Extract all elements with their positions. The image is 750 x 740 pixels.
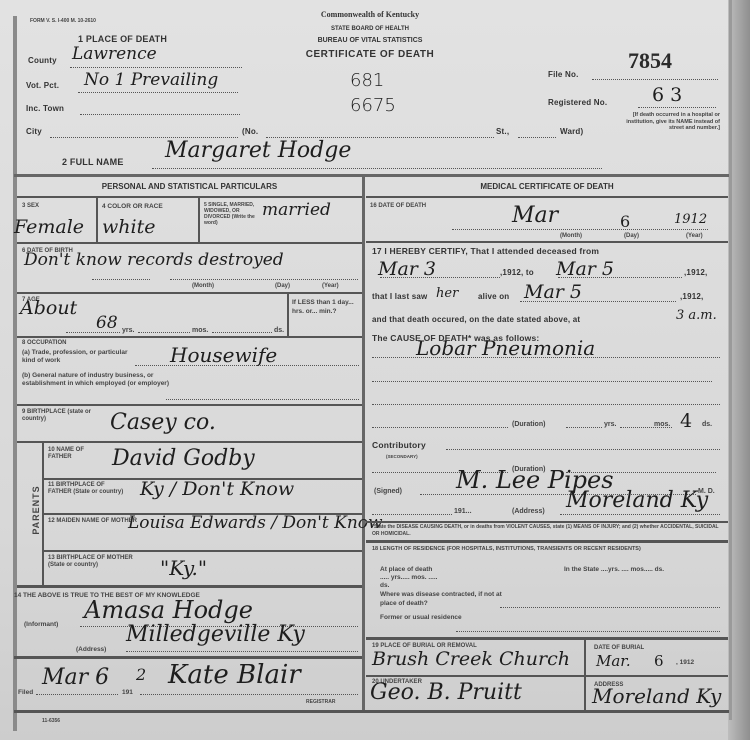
footer-code: 11-6356 xyxy=(42,718,60,725)
county-line xyxy=(70,67,242,68)
father-name-value: David Godby xyxy=(112,446,255,471)
in-state-label: In the State ....yrs. .... mos..... ds. xyxy=(564,566,724,574)
death-month-value: Mar xyxy=(512,203,558,228)
death-month-label: (Month) xyxy=(560,233,582,240)
county-label: County xyxy=(28,56,57,65)
at-place-of-death-label: At place of death ..... yrs..... mos. ..… xyxy=(380,566,440,590)
registered-no-value: 6 3 xyxy=(652,84,682,106)
birthplace-value: Casey co. xyxy=(110,410,216,435)
residence-divider xyxy=(366,637,728,640)
cause-line-3 xyxy=(372,404,720,405)
duration-months-label: mos. xyxy=(654,421,670,428)
duration-years-line xyxy=(566,427,602,428)
street-label: St., xyxy=(496,127,509,136)
signed-address-line xyxy=(560,514,720,515)
medical-divider xyxy=(366,540,728,543)
dob-year-label: (Year) xyxy=(322,283,339,290)
occupation-a-value: Housewife xyxy=(170,343,277,367)
secondary-label: (SECONDARY) xyxy=(386,453,418,460)
burial-year-value: , 1912 xyxy=(676,659,694,666)
mother-name-label: 12 MAIDEN NAME OF MOTHER xyxy=(48,518,138,525)
signed-year-label: 191... xyxy=(454,508,472,515)
contributory-label: Contributory xyxy=(372,440,426,450)
informant-address-value: Milledgeville Ky xyxy=(126,622,305,647)
dob-month-label: (Month) xyxy=(192,283,214,290)
mother-birthplace-value: "Ky." xyxy=(160,556,207,580)
dob-day-year-line xyxy=(170,279,358,280)
death-year-label: (Year) xyxy=(686,233,703,240)
occupation-label: 8 OCCUPATION xyxy=(22,340,66,347)
rule xyxy=(17,441,362,443)
informant-value: Amasa Hodge xyxy=(84,596,253,624)
rule xyxy=(42,442,44,587)
place-of-burial-value: Brush Creek Church xyxy=(372,648,570,670)
disease-contracted-line xyxy=(500,607,720,608)
parents-divider xyxy=(17,585,362,588)
physician-address-value: Moreland Ky xyxy=(566,488,708,513)
duration-days-label: ds. xyxy=(702,421,712,428)
occupation-a-label: (a) Trade, profession, or particular kin… xyxy=(22,349,137,365)
inc-town-line xyxy=(80,114,240,115)
left-border xyxy=(13,16,17,731)
footer-rule xyxy=(14,710,729,713)
ward-line xyxy=(518,137,556,138)
father-birthplace-label: 11 BIRTHPLACE OF FATHER (State or countr… xyxy=(48,482,128,496)
rule xyxy=(366,196,728,198)
disease-contracted-label: Where was disease contracted, if not at … xyxy=(380,590,510,608)
registrar-signature: Kate Blair xyxy=(168,660,301,690)
informant-label: (Informant) xyxy=(24,621,58,628)
contributory-line xyxy=(446,449,720,450)
registrar-line xyxy=(140,694,358,695)
vot-pct-value: No 1 Prevailing xyxy=(84,70,218,90)
inc-town-label: Inc. Town xyxy=(26,104,64,113)
dob-month-line xyxy=(92,279,150,280)
filed-year-prefix: 191 xyxy=(122,689,133,696)
vot-pct-line xyxy=(78,92,238,93)
informant-divider xyxy=(14,656,362,659)
last-saw-date-value: Mar 5 xyxy=(524,281,582,303)
filed-date-value: Mar 6 xyxy=(42,665,109,690)
vot-pct-label: Vot. Pct. xyxy=(26,81,59,90)
header-divider xyxy=(14,174,729,177)
death-day-value: 6 xyxy=(620,212,630,231)
rule xyxy=(366,521,728,523)
right-border xyxy=(729,0,732,720)
cause-footnote: *State the DISEASE CAUSING DEATH, or in … xyxy=(372,524,726,538)
duration-days-value: 4 xyxy=(680,410,692,432)
rule xyxy=(17,242,362,244)
bureau-name: BUREAU OF VITAL STATISTICS xyxy=(270,37,470,44)
occupation-b-label: (b) General nature of industry business,… xyxy=(22,372,172,388)
registrar-label: REGISTRAR xyxy=(306,699,335,706)
attended-to-year: ,1912, xyxy=(684,268,707,277)
ward-label: Ward) xyxy=(560,127,583,136)
alive-on-label: alive on xyxy=(478,292,509,301)
death-time-value: 3 a.m. xyxy=(676,308,717,323)
full-name-line xyxy=(152,168,602,169)
sex-label: 3 SEX xyxy=(22,203,39,210)
death-year-value: 1912 xyxy=(674,212,707,227)
filed-label: Filed xyxy=(18,689,33,696)
informant-address-label: (Address) xyxy=(76,646,106,653)
rule xyxy=(366,675,728,677)
former-residence-line xyxy=(456,631,720,632)
death-occurred-label: and that death occured, on the date stat… xyxy=(372,315,580,324)
rule xyxy=(96,197,98,242)
father-birthplace-value: Ky / Don't Know xyxy=(140,478,294,500)
last-saw-year: ,1912, xyxy=(680,292,703,301)
burial-month-value: Mar. xyxy=(596,652,631,670)
duration-lead-line xyxy=(372,427,508,428)
column-divider xyxy=(362,177,365,710)
parents-side-label: PARENTS xyxy=(31,470,41,550)
signed-date-line xyxy=(372,514,452,515)
marital-status-value: married xyxy=(262,200,331,220)
rule xyxy=(287,293,289,337)
file-number-stamp: 7854 xyxy=(628,48,672,74)
cause-line-2 xyxy=(372,381,712,382)
mother-name-value: Louisa Edwards / Don't Know xyxy=(128,513,383,533)
age-years-value: 68 xyxy=(96,313,118,333)
former-residence-label: Former or usual residence xyxy=(380,613,500,622)
attended-from-year: ,1912, to xyxy=(500,268,534,277)
medical-certificate-title: MEDICAL CERTIFICATE OF DEATH xyxy=(366,182,728,191)
filed-year-suffix: 2 xyxy=(136,665,146,684)
length-of-residence-label: 18 LENGTH OF RESIDENCE (FOR HOSPITALS, I… xyxy=(372,546,724,553)
file-no-line xyxy=(592,79,718,80)
birthplace-label: 9 BIRTHPLACE (state or country) xyxy=(22,409,112,423)
form-number: FORM V. S. I-400 M. 10-2610 xyxy=(30,18,96,25)
place-of-death-heading: 1 PLACE OF DEATH xyxy=(78,34,167,44)
date-of-death-label: 16 DATE OF DEATH xyxy=(370,203,426,210)
months-label: mos. xyxy=(192,327,208,334)
certificate-title: CERTIFICATE OF DEATH xyxy=(265,49,475,60)
race-value: white xyxy=(102,216,155,238)
margin-number-2: 6675 xyxy=(350,95,396,116)
informant-address-line xyxy=(126,651,358,652)
board-name: STATE BOARD OF HEALTH xyxy=(270,26,470,32)
days-label: ds. xyxy=(274,327,284,334)
filed-date-line xyxy=(36,694,118,695)
duration-years-label: yrs. xyxy=(604,421,616,428)
personal-particulars-title: PERSONAL AND STATISTICAL PARTICULARS xyxy=(17,182,362,191)
sex-value: Female xyxy=(14,216,84,238)
less-than-day-label: If LESS than 1 day... hrs. or... min.? xyxy=(292,298,360,316)
rule xyxy=(17,404,362,406)
mother-birthplace-label: 13 BIRTHPLACE OF MOTHER (State or countr… xyxy=(48,555,138,569)
rule xyxy=(17,336,362,338)
undertaker-value: Geo. B. Pruitt xyxy=(370,680,522,705)
age-months-line xyxy=(138,332,190,333)
attended-to-value: Mar 5 xyxy=(556,258,614,280)
full-name-label: 2 FULL NAME xyxy=(62,157,124,167)
cause-of-death-value: Lobar Pneumonia xyxy=(416,336,595,360)
occupation-b-line xyxy=(166,399,359,400)
rule xyxy=(43,550,362,552)
dob-value: Don't know records destroyed xyxy=(24,250,284,270)
attended-from-value: Mar 3 xyxy=(378,258,436,280)
years-label: yrs. xyxy=(122,327,134,334)
hospital-note: [If death occurred in a hospital or inst… xyxy=(614,112,720,132)
last-saw-label: that I last saw xyxy=(372,292,427,301)
duration-label: (Duration) xyxy=(512,421,545,428)
file-no-label: File No. xyxy=(548,70,579,79)
date-of-burial-label: DATE OF BURIAL xyxy=(594,645,644,652)
undertaker-address-value: Moreland Ky xyxy=(592,684,721,708)
signed-label: (Signed) xyxy=(374,488,402,495)
certify-statement: 17 I HEREBY CERTIFY, That I attended dec… xyxy=(372,246,599,256)
burial-day-value: 6 xyxy=(654,652,664,670)
death-day-label: (Day) xyxy=(624,233,639,240)
rule xyxy=(198,197,200,242)
rule xyxy=(17,196,362,198)
father-name-label: 10 NAME OF FATHER xyxy=(48,447,108,461)
full-name-value: Margaret Hodge xyxy=(165,138,351,163)
marital-status-label: 5 SINGLE, MARRIED, WIDOWED, OR DIVORCED … xyxy=(204,202,264,226)
date-of-death-line xyxy=(452,229,708,230)
dob-day-label: (Day) xyxy=(275,283,290,290)
state-name: Commonwealth of Kentucky xyxy=(270,10,470,19)
registered-no-label: Registered No. xyxy=(548,98,607,107)
rule xyxy=(17,292,362,294)
race-label: 4 COLOR OR RACE xyxy=(102,203,163,210)
age-days-line xyxy=(212,332,272,333)
city-label: City xyxy=(26,127,42,136)
age-prefix: About xyxy=(20,297,77,319)
street-number-label: (No. xyxy=(242,127,258,136)
rule xyxy=(366,241,728,243)
registered-no-line xyxy=(638,107,716,108)
last-saw-pronoun: her xyxy=(436,286,458,301)
county-value: Lawrence xyxy=(72,44,157,64)
margin-number-1: 681 xyxy=(350,70,384,91)
signed-address-label: (Address) xyxy=(512,508,545,515)
